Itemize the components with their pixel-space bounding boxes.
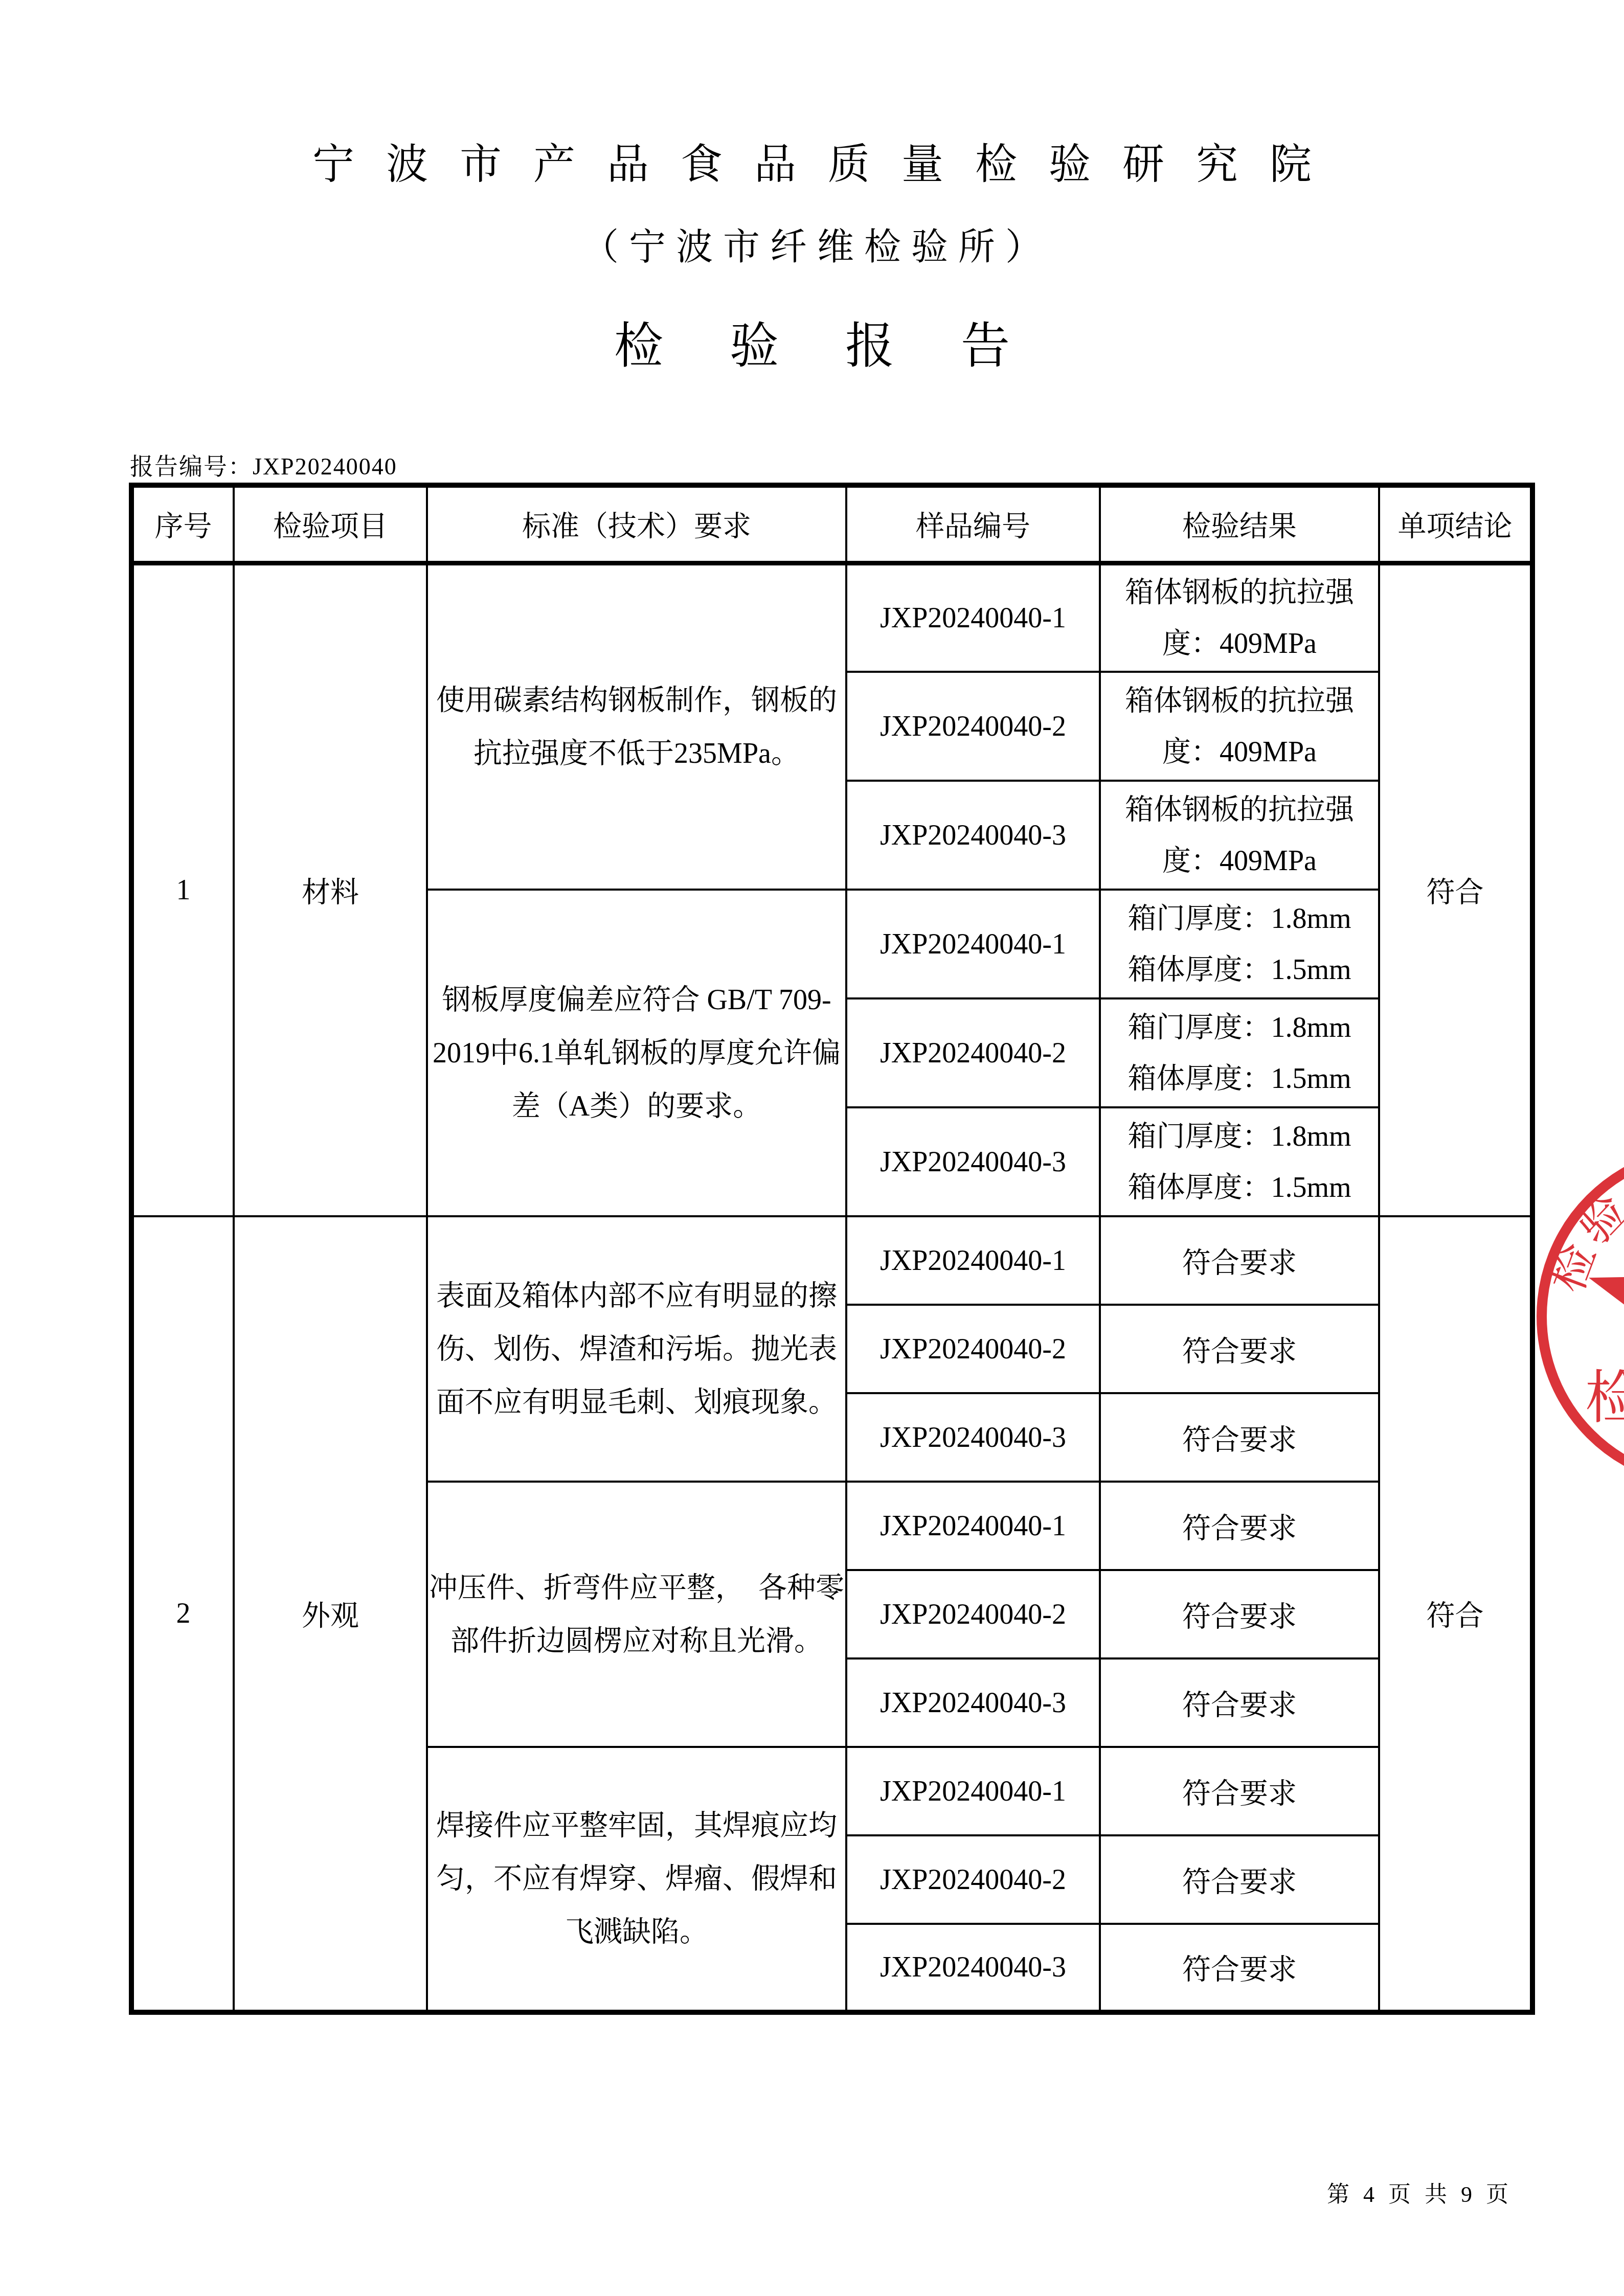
col-header-result: 检验结果: [1100, 485, 1379, 563]
cell-sample: JXP20240040-1: [846, 890, 1100, 998]
org-title: 宁波市产品食品质量检验研究院: [0, 131, 1624, 191]
cell-section-conclusion: 符合: [1379, 1216, 1532, 2012]
cell-sample: JXP20240040-1: [846, 1482, 1100, 1570]
cell-requirement: 钢板厚度偏差应符合 GB/T 709-2019中6.1单轧钢板的厚度允许偏差（A…: [427, 890, 846, 1216]
cell-sample: JXP20240040-2: [846, 1305, 1100, 1393]
cell-sample: JXP20240040-1: [846, 1747, 1100, 1835]
cell-result: 符合要求: [1100, 1216, 1379, 1305]
cell-sample: JXP20240040-3: [846, 1658, 1100, 1747]
col-header-sample: 样品编号: [846, 485, 1100, 563]
cell-result: 箱体钢板的抗拉强度：409MPa: [1100, 781, 1379, 890]
report-number: 报告编号：JXP20240040: [130, 448, 397, 482]
document-title: 检验报告: [0, 307, 1624, 377]
cell-sample: JXP20240040-2: [846, 672, 1100, 781]
cell-result: 符合要求: [1100, 1924, 1379, 2012]
cell-sample: JXP20240040-3: [846, 1924, 1100, 2012]
cell-sample: JXP20240040-2: [846, 1570, 1100, 1658]
cell-section-item: 材料: [234, 563, 427, 1216]
col-header-requirement: 标准（技术）要求: [427, 485, 846, 563]
cell-result: 符合要求: [1100, 1482, 1379, 1570]
stamp-ring: [1542, 1150, 1624, 1483]
cell-result: 符合要求: [1100, 1570, 1379, 1658]
cell-sample: JXP20240040-3: [846, 1107, 1100, 1216]
cell-sample: JXP20240040-1: [846, 1216, 1100, 1305]
cell-result: 箱体钢板的抗拉强度：409MPa: [1100, 672, 1379, 781]
org-subtitle: （宁波市纤维检验所）: [0, 217, 1624, 270]
col-header-no: 序号: [131, 485, 234, 563]
cell-result: 符合要求: [1100, 1305, 1379, 1393]
cell-section-item: 外观: [234, 1216, 427, 2012]
cell-result: 箱门厚度：1.8mm 箱体厚度：1.5mm: [1100, 1107, 1379, 1216]
cell-section-no: 1: [131, 563, 234, 1216]
cell-result: 箱门厚度：1.8mm 箱体厚度：1.5mm: [1100, 998, 1379, 1107]
cell-sample: JXP20240040-2: [846, 1835, 1100, 1924]
table-row: 1 材料 使用碳素结构钢板制作，钢板的抗拉强度不低于235MPa。 JXP202…: [131, 563, 1532, 672]
cell-result: 符合要求: [1100, 1393, 1379, 1482]
cell-result: 箱门厚度：1.8mm 箱体厚度：1.5mm: [1100, 890, 1379, 998]
cell-result: 符合要求: [1100, 1835, 1379, 1924]
report-page: 宁波市产品食品质量检验研究院 （宁波市纤维检验所） 检验报告 报告编号：JXP2…: [0, 0, 1624, 2296]
cell-result: 符合要求: [1100, 1658, 1379, 1747]
cell-requirement: 表面及箱体内部不应有明显的擦伤、划伤、焊渣和污垢。抛光表面不应有明显毛刺、划痕现…: [427, 1216, 846, 1482]
cell-section-conclusion: 符合: [1379, 563, 1532, 1216]
cell-result: 符合要求: [1100, 1747, 1379, 1835]
stamp-star-icon: [1589, 1191, 1624, 1418]
cell-requirement: 使用碳素结构钢板制作，钢板的抗拉强度不低于235MPa。: [427, 563, 846, 890]
cell-sample: JXP20240040-3: [846, 781, 1100, 890]
stamp-bottom-text: 检: [1585, 1367, 1624, 1430]
cell-sample: JXP20240040-2: [846, 998, 1100, 1107]
col-header-conclusion: 单项结论: [1379, 485, 1532, 563]
cell-section-no: 2: [131, 1216, 234, 2012]
table-row: 2 外观 表面及箱体内部不应有明显的擦伤、划伤、焊渣和污垢。抛光表面不应有明显毛…: [131, 1216, 1532, 1305]
cell-requirement: 冲压件、折弯件应平整， 各种零部件折边圆楞应对称且光滑。: [427, 1482, 846, 1747]
page-number: 第 4 页 共 9 页: [1327, 2176, 1513, 2209]
table-header-row: 序号 检验项目 标准（技术）要求 样品编号 检验结果 单项结论: [131, 485, 1532, 563]
cell-result: 箱体钢板的抗拉强度：409MPa: [1100, 563, 1379, 672]
inspection-results-table: 序号 检验项目 标准（技术）要求 样品编号 检验结果 单项结论 1 材料 使用碳…: [129, 483, 1535, 2015]
cell-requirement: 焊接件应平整牢固，其焊痕应均匀，不应有焊穿、焊瘤、假焊和飞溅缺陷。: [427, 1747, 846, 2012]
cell-sample: JXP20240040-3: [846, 1393, 1100, 1482]
col-header-item: 检验项目: [234, 485, 427, 563]
cell-sample: JXP20240040-1: [846, 563, 1100, 672]
stamp-arc-text: 检验: [1540, 1181, 1624, 1299]
